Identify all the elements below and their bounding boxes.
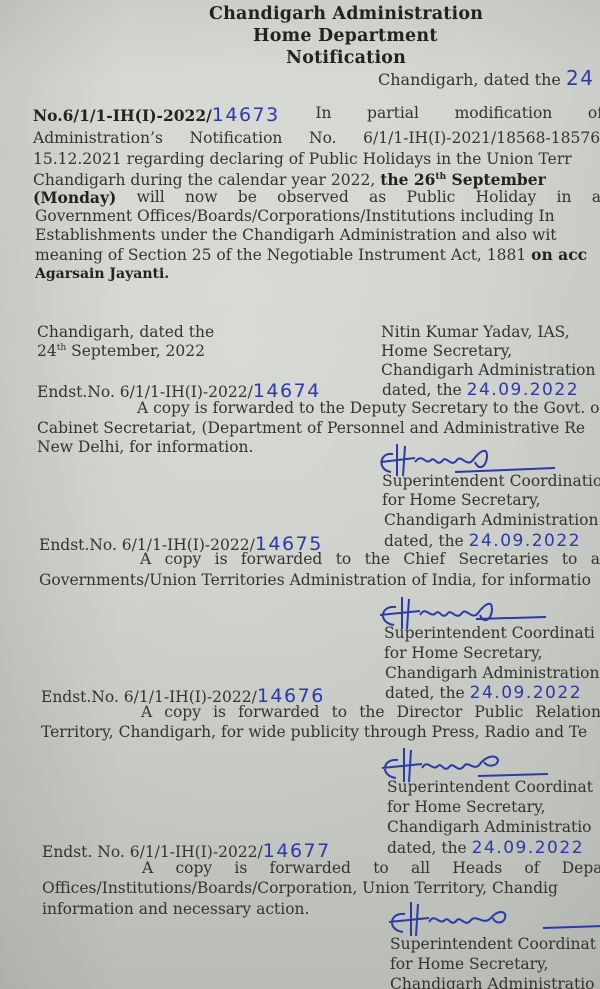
- endorsement-3-sign-role: Superintendent Coordinat: [387, 778, 593, 796]
- header-dated-line: Chandigarh, dated the 24: [378, 66, 594, 90]
- endorsement-3-dated: dated, the 24.09.2022: [385, 683, 582, 703]
- dated-label: dated, the: [384, 532, 464, 550]
- superscript: th: [435, 172, 446, 182]
- text: meaning of Section 25 of the Negotiable …: [35, 246, 531, 264]
- endorsement-1-sign-org: Chandigarh Administration: [384, 511, 598, 529]
- word: in: [557, 188, 572, 207]
- endorsement-1-body-3: New Delhi, for information.: [37, 438, 253, 456]
- word: forwarded: [241, 550, 322, 568]
- word: Notification: [190, 129, 283, 147]
- signatory-org: Chandigarh Administration: [381, 361, 595, 379]
- signatory-title: Home Secretary,: [381, 342, 512, 360]
- word: forwarded: [270, 859, 351, 877]
- endorsement-4-body-1: A copy is forwarded to all Heads of Depa…: [142, 859, 600, 877]
- word: all: [411, 859, 430, 877]
- word: observed: [277, 188, 349, 207]
- header-line-notification: Notification: [286, 48, 406, 68]
- dated-label: dated, the: [382, 381, 462, 399]
- word: will: [137, 188, 165, 207]
- word: all: [591, 550, 600, 568]
- endorsement-3-sign-org: Chandigarh Administratio: [387, 818, 592, 836]
- word: copy: [164, 703, 201, 721]
- word: is: [215, 550, 228, 568]
- notification-line-6: Government Offices/Boards/Corporations/I…: [35, 207, 555, 225]
- signatory-name: Nitin Kumar Yadav, IAS,: [381, 323, 570, 341]
- word: to: [562, 550, 578, 568]
- word: to: [332, 703, 348, 721]
- dated-label: dated, the: [387, 839, 467, 857]
- word: copy: [175, 859, 212, 877]
- notification-line-2: Administration’s Notification No. 6/1/1-…: [33, 129, 600, 147]
- word: is: [234, 859, 247, 877]
- word: modification: [455, 104, 553, 126]
- endorsement-1-sign-role: Superintendent Coordinatio: [382, 472, 600, 490]
- dated-handwritten: 24.09.2022: [472, 838, 584, 858]
- endorsement-4-sign-org: Chandigarh Administratio: [390, 975, 595, 989]
- endorsement-4-body-2: Offices/Institutions/Boards/Corporation,…: [42, 879, 558, 897]
- word: A: [140, 550, 151, 568]
- text: Chandigarh during the calendar year 2022…: [33, 171, 380, 189]
- word: the: [359, 703, 384, 721]
- text-bold: the 26: [380, 170, 435, 189]
- header-line-department: Home Department: [253, 26, 438, 46]
- endorsement-4-sign-for: for Home Secretary,: [390, 955, 549, 973]
- text-bold: (Monday): [33, 188, 116, 207]
- word: of: [588, 104, 600, 126]
- dated-handwritten: 24.09.2022: [470, 683, 582, 703]
- header-dated-handwritten: 24: [566, 66, 594, 90]
- word: of: [524, 859, 539, 877]
- word: Holiday: [476, 188, 537, 207]
- notification-line-3: 15.12.2021 regarding declaring of Public…: [33, 150, 572, 168]
- word: Heads: [452, 859, 502, 877]
- dated-handwritten: 24.09.2022: [467, 380, 579, 400]
- endorsement-1-sign-for: for Home Secretary,: [382, 491, 541, 509]
- notification-line-5: (Monday) will now be observed as Public …: [33, 188, 600, 207]
- word: partial: [367, 104, 419, 126]
- word: to: [373, 859, 389, 877]
- word: A: [141, 703, 152, 721]
- header-dated-prefix: Chandigarh, dated the: [378, 70, 561, 89]
- endorsement-3-sign-for: for Home Secretary,: [387, 798, 546, 816]
- word: to: [336, 550, 352, 568]
- word: In: [315, 104, 331, 126]
- text: September, 2022: [66, 342, 205, 360]
- word: Director: [397, 703, 463, 721]
- endorsement-1-body-2: Cabinet Secretariat, (Department of Pers…: [37, 419, 585, 437]
- endorsement-2-sign-for: for Home Secretary,: [384, 644, 543, 662]
- word: Secretaries: [458, 550, 548, 568]
- word: now: [185, 188, 218, 207]
- endorsement-2-body-1: A copy is forwarded to the Chief Secreta…: [140, 550, 600, 568]
- endorsement-4-dated: dated, the 24.09.2022: [387, 838, 584, 858]
- notification-line-1: No.6/1/1-IH(I)-2022/14673 In partial mod…: [33, 104, 600, 126]
- notification-number-handwritten: 14673: [212, 104, 280, 126]
- word: the: [365, 550, 390, 568]
- dated-handwritten: 24.09.2022: [469, 531, 581, 551]
- endorsement-1-body-1: A copy is forwarded to the Deputy Secret…: [137, 399, 599, 417]
- endorsement-2-sign-org: Chandigarh Administration: [385, 664, 599, 682]
- text: 24: [37, 342, 57, 360]
- word: forwarded: [238, 703, 319, 721]
- word: Public: [406, 188, 455, 207]
- word: Administration’s: [33, 129, 163, 147]
- endorsement-4-sign-role: Superintendent Coordinat: [390, 935, 596, 953]
- notification-line-9: Agarsain Jayanti.: [35, 266, 169, 282]
- word: is: [213, 703, 226, 721]
- word: a: [592, 188, 600, 207]
- word: be: [238, 188, 257, 207]
- endorsement-1-dated: dated, the 24.09.2022: [382, 380, 579, 400]
- word: copy: [165, 550, 202, 568]
- place-date-line-2: 24th September, 2022: [37, 342, 205, 360]
- header-line-administration: Chandigarh Administration: [209, 4, 483, 24]
- word: No.: [309, 129, 337, 147]
- endorsement-3-body-2: Territory, Chandigarh, for wide publicit…: [41, 723, 587, 741]
- word: A: [142, 859, 153, 877]
- word: Depar: [562, 859, 600, 877]
- notification-line-4: Chandigarh during the calendar year 2022…: [33, 170, 546, 189]
- endorsement-2-sign-role: Superintendent Coordinati: [384, 624, 595, 642]
- notification-line-7: Establishments under the Chandigarh Admi…: [35, 226, 557, 244]
- notification-number-prefix: No.6/1/1-IH(I)-2022/: [33, 106, 212, 125]
- notification-line-8: meaning of Section 25 of the Negotiable …: [35, 245, 587, 264]
- endorsement-2-body-2: Governments/Union Territories Administra…: [39, 571, 591, 589]
- dated-label: dated, the: [385, 684, 465, 702]
- place-date-line-1: Chandigarh, dated the: [37, 323, 214, 341]
- endorsement-3-body-1: A copy is forwarded to the Director Publ…: [141, 703, 600, 721]
- text-bold: September: [446, 170, 546, 189]
- word: Relations: [535, 703, 600, 721]
- word: Chief: [403, 550, 445, 568]
- endorsement-2-dated: dated, the 24.09.2022: [384, 531, 581, 551]
- word: Public: [474, 703, 523, 721]
- word: as: [369, 188, 386, 207]
- superscript: th: [57, 343, 66, 353]
- text-bold: on acc: [531, 245, 587, 264]
- word: 6/1/1-IH(I)-2021/18568-18576,: [363, 129, 600, 147]
- notification-number: No.6/1/1-IH(I)-2022/14673: [33, 104, 280, 126]
- endorsement-4-body-3: information and necessary action.: [42, 900, 309, 918]
